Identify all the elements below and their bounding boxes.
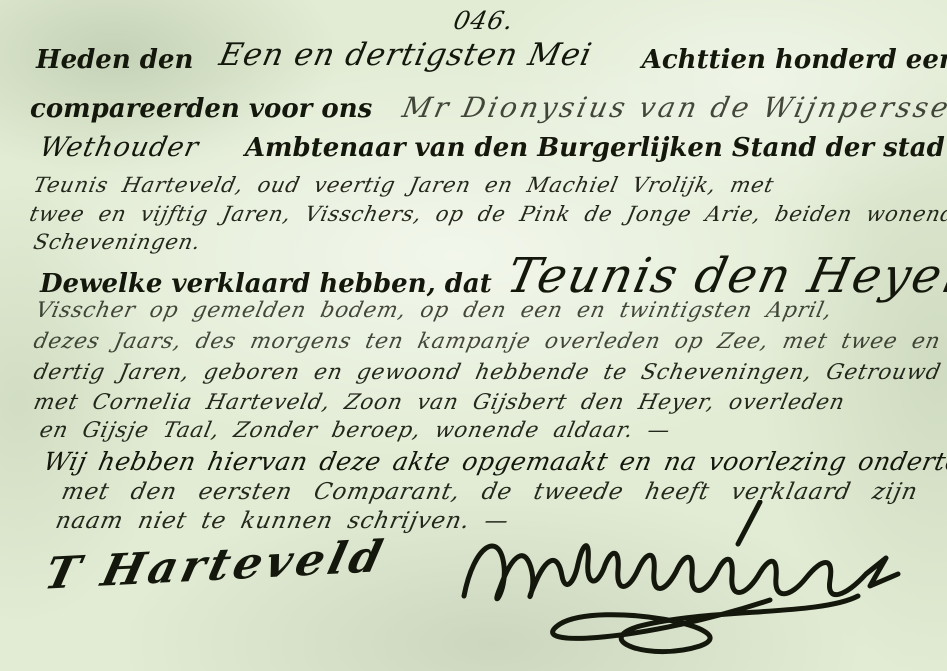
body-line-4: met Cornelia Harteveld, Zoon van Gijsber… <box>34 390 844 415</box>
witnesses-line-1: Teunis Harteveld, oud veertig Jaren en M… <box>34 173 774 197</box>
witness-signature-text: T Harteveld <box>40 531 391 599</box>
handwritten-registrar-name: Mr Dionysius van de Wijnpersse <box>399 91 947 124</box>
signature-flourish-icon <box>450 500 910 668</box>
body-line-1: Visscher op gemelden bodem, op den een e… <box>36 298 832 323</box>
declaration-line: Dewelke verklaard hebben, dat Teunis den… <box>40 248 947 304</box>
registrar-line: compareerden voor ons Mr Dionysius van d… <box>30 91 947 124</box>
closing-line-3-text: naam niet te kunnen schrijven. — <box>53 508 511 534</box>
body-line-3-text: dertig Jaren, geboren en gewoond hebbend… <box>31 360 943 385</box>
handwritten-office: Wethouder <box>37 132 202 163</box>
witnesses-line-2: twee en vijftig Jaren, Visschers, op de … <box>30 202 947 226</box>
handwritten-date: Een en dertigsten Mei <box>216 37 595 73</box>
witnesses-line-2-text: twee en vijftig Jaren, Visschers, op de … <box>27 202 947 226</box>
printed-declaration-intro: Dewelke verklaard hebben, dat <box>40 269 492 299</box>
body-line-5-text: en Gijsje Taal, Zonder beroep, wonende a… <box>37 418 672 443</box>
witnesses-line-1-text: Teunis Harteveld, oud veertig Jaren en M… <box>31 173 776 197</box>
printed-title: Ambtenaar van den Burgerlijken Stand der… <box>245 133 945 163</box>
printed-prefix: Heden den <box>36 45 193 75</box>
printed-year: Achttien honderd een en vijftig , <box>642 45 947 75</box>
body-line-2: dezes Jaars, des morgens ten kampanje ov… <box>34 329 940 354</box>
act-number-text: 046. <box>451 6 517 35</box>
printed-appeared: compareerden voor ons <box>30 94 372 124</box>
body-line-3: dertig Jaren, geboren en gewoond hebbend… <box>34 360 941 385</box>
death-certificate-scan: { "colors": { "paper": "#e2ecd4", "ink":… <box>0 0 947 671</box>
body-line-1-text: Visscher op gemelden bodem, op den een e… <box>33 298 834 323</box>
date-line: Heden den Een en dertigsten Mei Achttien… <box>36 40 947 76</box>
closing-line-3: naam niet te kunnen schrijven. — <box>56 508 509 534</box>
witness-signature: T Harteveld <box>48 540 383 591</box>
body-line-5: en Gijsje Taal, Zonder beroep, wonende a… <box>40 418 670 443</box>
act-number: 046. <box>414 6 554 35</box>
registrar-signature <box>450 500 910 668</box>
body-line-2-text: dezes Jaars, des morgens ten kampanje ov… <box>31 329 943 354</box>
body-line-4-text: met Cornelia Harteveld, Zoon van Gijsber… <box>31 390 847 415</box>
closing-line-1: Wij hebben hiervan deze akte opgemaakt e… <box>44 447 947 476</box>
closing-line-1-text: Wij hebben hiervan deze akte opgemaakt e… <box>41 447 947 476</box>
deceased-name: Teunis den Heyer , <box>502 248 947 304</box>
official-title-line: Wethouder Ambtenaar van den Burgerlijken… <box>40 132 947 163</box>
